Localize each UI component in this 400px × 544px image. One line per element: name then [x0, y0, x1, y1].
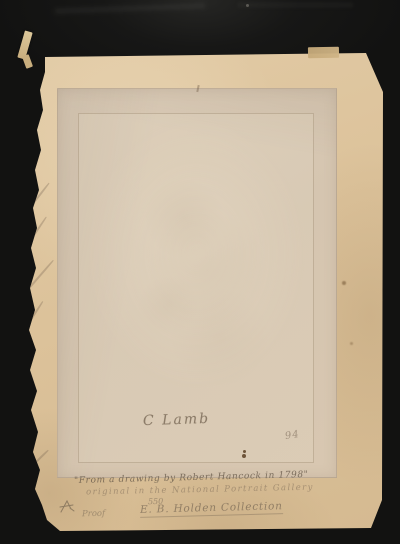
number-annotation: 94 — [284, 429, 300, 442]
pencil-scribble — [20, 260, 54, 299]
signature-handwriting: C Lamb — [143, 411, 211, 429]
foxing-spot — [350, 342, 353, 345]
pencil-doodle — [58, 497, 78, 515]
pencil-scribble — [20, 182, 50, 219]
print-verso-sheet: C Lamb 94 — [57, 88, 337, 478]
scanner-glare-streak — [238, 3, 353, 7]
plate-mark: C Lamb 94 — [78, 113, 314, 463]
tape-fragment-topleft-small — [22, 54, 33, 69]
ghost-image-showthrough — [79, 114, 313, 462]
ink-stain — [242, 450, 247, 458]
foxing-spot — [342, 281, 346, 285]
tape-strip-topright — [308, 47, 339, 59]
scan-background: C Lamb 94 "From a drawing by Robert Hanc… — [0, 0, 400, 544]
pencil-scribble — [20, 301, 43, 335]
provenance-annotation: E. B. Holden Collection — [140, 500, 283, 518]
registration-tick — [196, 85, 199, 92]
proof-annotation: Proof — [82, 509, 105, 519]
pencil-scribble — [29, 449, 49, 468]
pencil-scribble — [15, 216, 47, 262]
scanner-glare-streak — [55, 3, 205, 13]
dust-speck — [246, 4, 249, 7]
mount-paper: C Lamb 94 "From a drawing by Robert Hanc… — [28, 50, 384, 532]
